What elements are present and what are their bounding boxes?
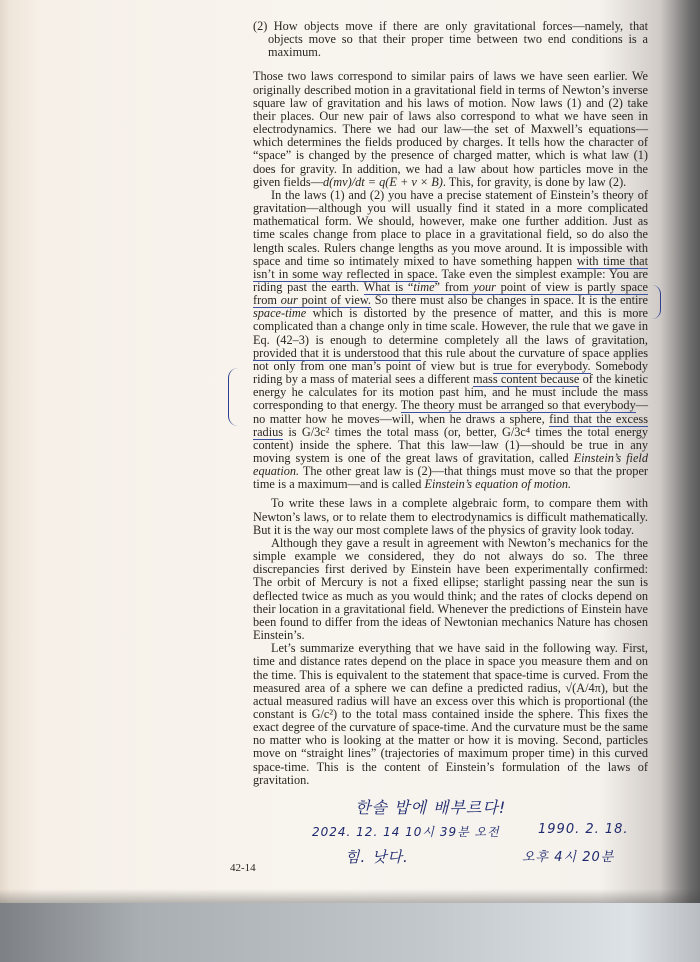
body-text: (2) How objects move if there are only g… (253, 20, 648, 787)
paragraph-discrepancies: Although they gave a result in agreement… (253, 537, 648, 642)
text: which is distorted by the presence of ma… (253, 306, 648, 346)
paragraph-summary: Let’s summarize everything that we have … (253, 642, 648, 787)
page-number: 42-14 (230, 862, 256, 874)
handwritten-note-left: 힘. 낫다. (345, 846, 409, 867)
book-page: (2) How objects move if there are only g… (0, 0, 700, 903)
scanner-background (0, 903, 700, 962)
paragraph-einstein-theory: In the laws (1) and (2) you have a preci… (253, 189, 648, 492)
handwritten-date-right: 1990. 2. 18. (538, 822, 629, 837)
text: So there must also be changes in space. … (371, 293, 648, 307)
handwritten-time-right: 오후 4시 20분 (522, 846, 614, 865)
handwritten-note-line1: 한솔 밥에 배부르다! (355, 795, 506, 818)
lorentz-equation: d(mv)/dt = q(E + v × B) (323, 175, 443, 189)
law-2-item: (2) How objects move if there are only g… (253, 20, 648, 59)
handwritten-date-left: 2024. 12. 14 10시 39분 오전 (312, 823, 500, 840)
paragraph-laws-correspond: Those two laws correspond to similar pai… (253, 70, 648, 188)
margin-bracket-mark (652, 285, 661, 319)
margin-bracket-mark (228, 368, 239, 426)
paragraph-algebraic-form: To write these laws in a complete algebr… (253, 497, 648, 536)
italic-term: Einstein’s equation of motion. (424, 477, 571, 491)
italic-term: space-time (253, 306, 306, 320)
para1-end: . This, for gravity, is done by law (2). (443, 175, 626, 189)
para1-text: Those two laws correspond to similar pai… (253, 69, 648, 188)
